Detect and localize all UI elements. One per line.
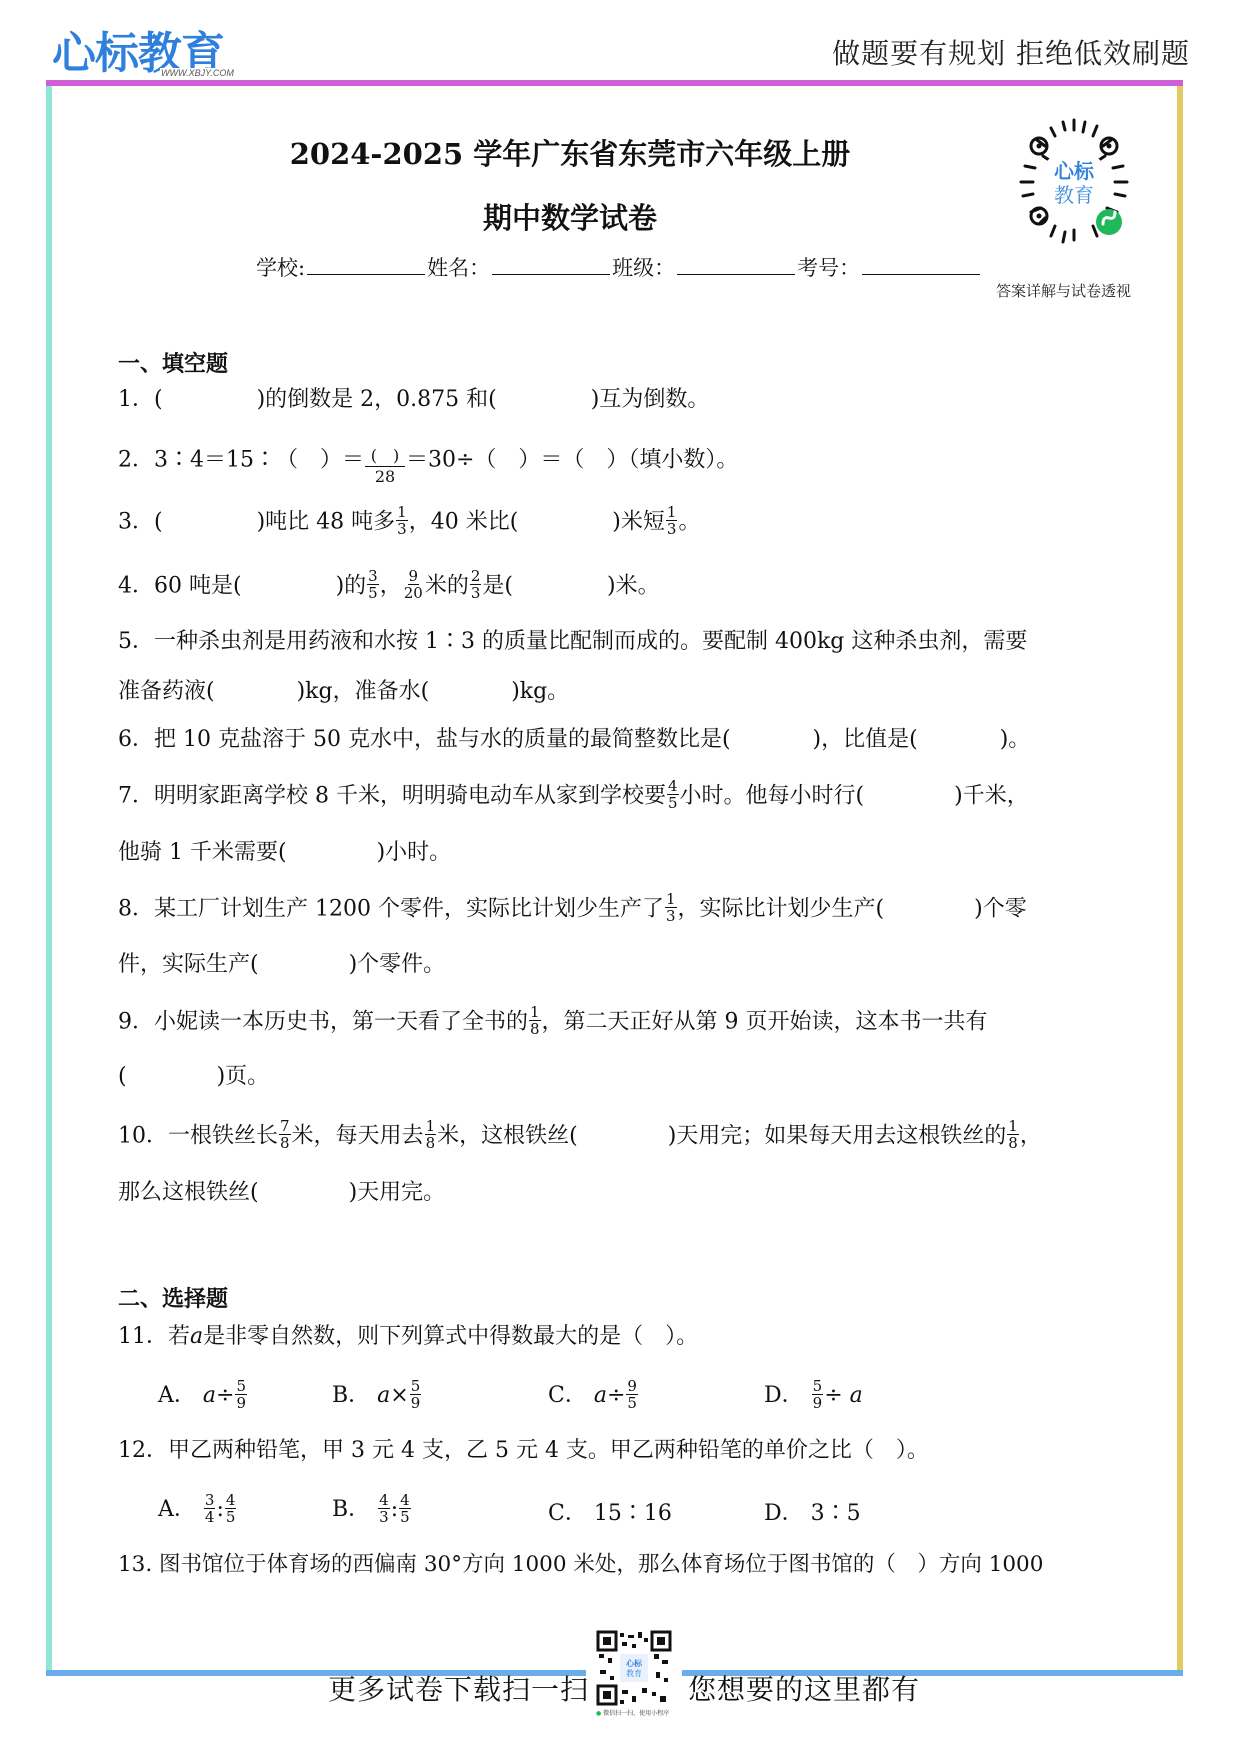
question-1: 1．()的倒数是 2，0.875 和()互为倒数。 <box>118 385 709 415</box>
header-slogan: 做题要有规划 拒绝低效刷题 <box>832 32 1190 72</box>
question-5-line-1: 5．一种杀虫剂是用药液和水按 1∶3 的质量比配制而成的。要配制 400kg 这… <box>118 627 1027 657</box>
question-4: 4．60 吨是()的35，920米的23是()米。 <box>118 570 660 603</box>
q11-option-a[interactable]: A． a÷59 <box>158 1378 248 1413</box>
question-8-line-2: 件，实际生产()个零件。 <box>118 950 445 980</box>
question-9-line-1: 9．小妮读一本历史书，第一天看了全书的18，第二天正好从第 9 页开始读，这本书… <box>118 1006 988 1039</box>
school-blank[interactable] <box>307 254 425 275</box>
wechat-icon: ● <box>596 1710 601 1717</box>
section-1-heading: 一、填空题 <box>118 347 228 378</box>
brand-logo: 心标教育 WWW.XBJY.COM <box>52 28 224 84</box>
q11-option-c[interactable]: C． a÷95 <box>548 1378 639 1413</box>
footer-left-text: 更多试卷下载扫一扫 <box>328 1668 589 1708</box>
footer-qr-caption: ● 微信扫一扫，使用小程序 <box>596 1708 669 1717</box>
name-label: 姓名： <box>427 256 490 280</box>
question-12: 12．甲乙两种铅笔，甲 3 元 4 支，乙 5 元 4 支。甲乙两种铅笔的单价之… <box>118 1436 929 1466</box>
frame-left-border <box>46 86 52 1670</box>
class-blank[interactable] <box>677 254 795 275</box>
question-11: 11．若a是非零自然数，则下列算式中得数最大的是（ ）。 <box>118 1322 698 1352</box>
qr-code-icon: 心标 教育 <box>1005 116 1143 254</box>
question-5-line-2: 准备药液()kg，准备水()kg。 <box>118 677 569 707</box>
svg-text:教育: 教育 <box>1054 183 1094 207</box>
section-2-heading: 二、选择题 <box>118 1282 228 1313</box>
svg-text:心标: 心标 <box>625 1658 643 1668</box>
footer-right-text: 您想要的这里都有 <box>688 1668 920 1708</box>
q12-option-a[interactable]: A． 34:45 <box>158 1492 237 1527</box>
exam-no-blank[interactable] <box>862 254 980 275</box>
frame-top-border <box>46 80 1183 86</box>
frame-right-border <box>1177 86 1183 1670</box>
question-10-line-2: 那么这根铁丝()天用完。 <box>118 1178 445 1208</box>
question-13: 13. 图书馆位于体育场的西偏南 30°方向 1000 米处，那么体育场位于图书… <box>118 1550 1043 1580</box>
question-6: 6．把 10 克盐溶于 50 克水中，盐与水的质量的最简整数比是()，比值是()… <box>118 725 1030 755</box>
svg-text:教育: 教育 <box>626 1668 642 1678</box>
q11-option-b[interactable]: B． a×59 <box>332 1378 422 1413</box>
question-3: 3．()吨比 48 吨多13，40 米比()米短13。 <box>118 506 700 539</box>
footer-qr-code[interactable]: 心标 教育 <box>596 1630 672 1706</box>
qr-caption: 答案详解与试卷透视 <box>996 280 1131 301</box>
name-blank[interactable] <box>492 254 610 275</box>
question-2: 2．3∶4＝15∶（ ）＝( )28＝30÷（ ）＝（ ）（填小数）。 <box>118 440 738 481</box>
q12-option-b[interactable]: B． 43:45 <box>332 1492 412 1527</box>
question-7-line-2: 他骑 1 千米需要()小时。 <box>118 838 451 868</box>
school-label: 学校: <box>256 256 305 280</box>
logo-url: WWW.XBJY.COM <box>160 68 235 78</box>
question-10-line-1: 10．一根铁丝长78米，每天用去18米，这根铁丝()天用完；如果每天用去这根铁丝… <box>118 1120 1042 1153</box>
svg-text:心标: 心标 <box>1054 159 1095 183</box>
question-9-line-2: ()页。 <box>118 1062 269 1092</box>
student-info-fields: 学校:姓名：班级：考号： <box>256 252 982 282</box>
q11-option-d[interactable]: D． 59÷ a <box>764 1378 863 1413</box>
mini-program-qr-code[interactable]: 心标 教育 <box>1005 116 1143 254</box>
qr-code-icon: 心标 教育 <box>596 1630 672 1706</box>
class-label: 班级： <box>612 256 675 280</box>
question-8-line-1: 8．某工厂计划生产 1200 个零件，实际比计划少生产了13，实际比计划少生产(… <box>118 893 1027 926</box>
q12-option-c[interactable]: C． 15∶16 <box>548 1496 672 1527</box>
question-7-line-1: 7．明明家距离学校 8 千米，明明骑电动车从家到学校要45小时。他每小时行()千… <box>118 780 1029 813</box>
q12-option-d[interactable]: D． 3∶5 <box>764 1496 861 1527</box>
exam-no-label: 考号： <box>797 256 860 280</box>
